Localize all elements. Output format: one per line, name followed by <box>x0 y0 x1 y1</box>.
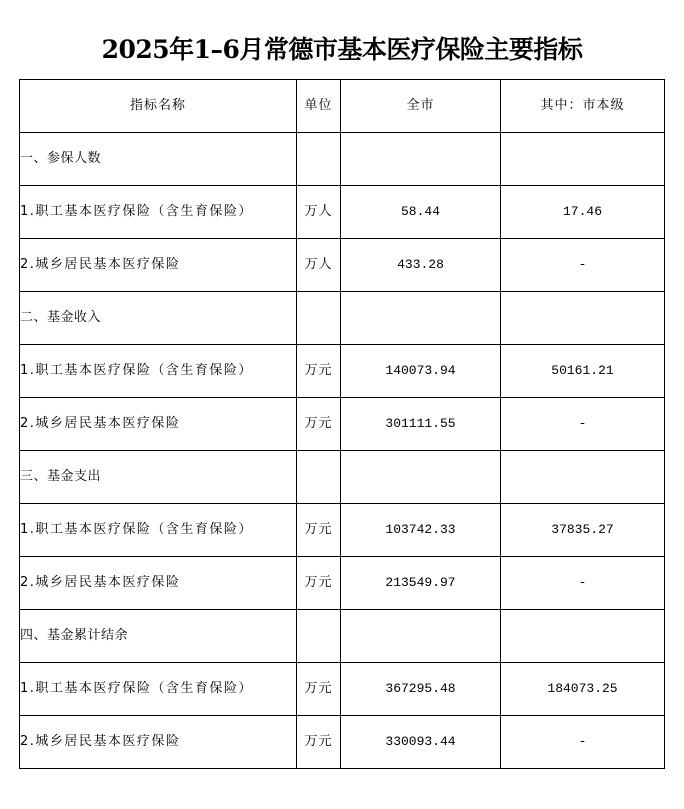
indicator-name: 2.城乡居民基本医疗保险 <box>20 398 297 451</box>
whole-city-value: 140073.94 <box>341 345 501 398</box>
indicator-name: 1.职工基本医疗保险（含生育保险） <box>20 345 297 398</box>
unit-cell: 万元 <box>297 504 341 557</box>
section-row-fund-balance: 四、基金累计结余 <box>20 610 665 663</box>
section-row-fund-income: 二、基金收入 <box>20 292 665 345</box>
section-label: 三、基金支出 <box>20 451 297 504</box>
indicator-name: 1.职工基本医疗保险（含生育保险） <box>20 504 297 557</box>
header-whole-city: 全市 <box>341 80 501 133</box>
section-label: 一、参保人数 <box>20 133 297 186</box>
city-level-value: - <box>501 239 665 292</box>
empty-cell <box>341 292 501 345</box>
city-level-value: 184073.25 <box>501 663 665 716</box>
table-row: 1.职工基本医疗保险（含生育保险） 万元 140073.94 50161.21 <box>20 345 665 398</box>
empty-cell <box>297 610 341 663</box>
table-row: 2.城乡居民基本医疗保险 万人 433.28 - <box>20 239 665 292</box>
whole-city-value: 433.28 <box>341 239 501 292</box>
empty-cell <box>297 292 341 345</box>
section-label: 二、基金收入 <box>20 292 297 345</box>
header-indicator-name: 指标名称 <box>20 80 297 133</box>
whole-city-value: 213549.97 <box>341 557 501 610</box>
indicator-name: 1.职工基本医疗保险（含生育保险） <box>20 186 297 239</box>
indicator-name: 1.职工基本医疗保险（含生育保险） <box>20 663 297 716</box>
whole-city-value: 330093.44 <box>341 716 501 769</box>
empty-cell <box>501 610 665 663</box>
city-level-value: - <box>501 398 665 451</box>
whole-city-value: 367295.48 <box>341 663 501 716</box>
table-header-row: 指标名称 单位 全市 其中：市本级 <box>20 80 665 133</box>
unit-cell: 万人 <box>297 186 341 239</box>
header-city-level: 其中：市本级 <box>501 80 665 133</box>
section-row-insured-persons: 一、参保人数 <box>20 133 665 186</box>
indicator-name: 2.城乡居民基本医疗保险 <box>20 557 297 610</box>
page-title: 2025年1–6月常德市基本医疗保险主要指标 <box>0 30 684 70</box>
empty-cell <box>297 133 341 186</box>
whole-city-value: 58.44 <box>341 186 501 239</box>
table-row: 2.城乡居民基本医疗保险 万元 301111.55 - <box>20 398 665 451</box>
whole-city-value: 103742.33 <box>341 504 501 557</box>
empty-cell <box>341 133 501 186</box>
empty-cell <box>341 451 501 504</box>
city-level-value: - <box>501 557 665 610</box>
section-row-fund-expenditure: 三、基金支出 <box>20 451 665 504</box>
indicator-name: 2.城乡居民基本医疗保险 <box>20 239 297 292</box>
table-row: 2.城乡居民基本医疗保险 万元 330093.44 - <box>20 716 665 769</box>
unit-cell: 万元 <box>297 398 341 451</box>
city-level-value: 17.46 <box>501 186 665 239</box>
unit-cell: 万元 <box>297 663 341 716</box>
city-level-value: - <box>501 716 665 769</box>
indicators-table: 指标名称 单位 全市 其中：市本级 一、参保人数 1.职工基本医疗保险（含生育保… <box>19 79 665 769</box>
whole-city-value: 301111.55 <box>341 398 501 451</box>
section-label: 四、基金累计结余 <box>20 610 297 663</box>
indicator-name: 2.城乡居民基本医疗保险 <box>20 716 297 769</box>
unit-cell: 万元 <box>297 716 341 769</box>
empty-cell <box>341 610 501 663</box>
city-level-value: 50161.21 <box>501 345 665 398</box>
unit-cell: 万元 <box>297 557 341 610</box>
table-row: 1.职工基本医疗保险（含生育保险） 万人 58.44 17.46 <box>20 186 665 239</box>
table-row: 1.职工基本医疗保险（含生育保险） 万元 367295.48 184073.25 <box>20 663 665 716</box>
unit-cell: 万元 <box>297 345 341 398</box>
empty-cell <box>501 451 665 504</box>
table-row: 1.职工基本医疗保险（含生育保险） 万元 103742.33 37835.27 <box>20 504 665 557</box>
city-level-value: 37835.27 <box>501 504 665 557</box>
empty-cell <box>501 133 665 186</box>
table-row: 2.城乡居民基本医疗保险 万元 213549.97 - <box>20 557 665 610</box>
empty-cell <box>297 451 341 504</box>
empty-cell <box>501 292 665 345</box>
unit-cell: 万人 <box>297 239 341 292</box>
header-unit: 单位 <box>297 80 341 133</box>
